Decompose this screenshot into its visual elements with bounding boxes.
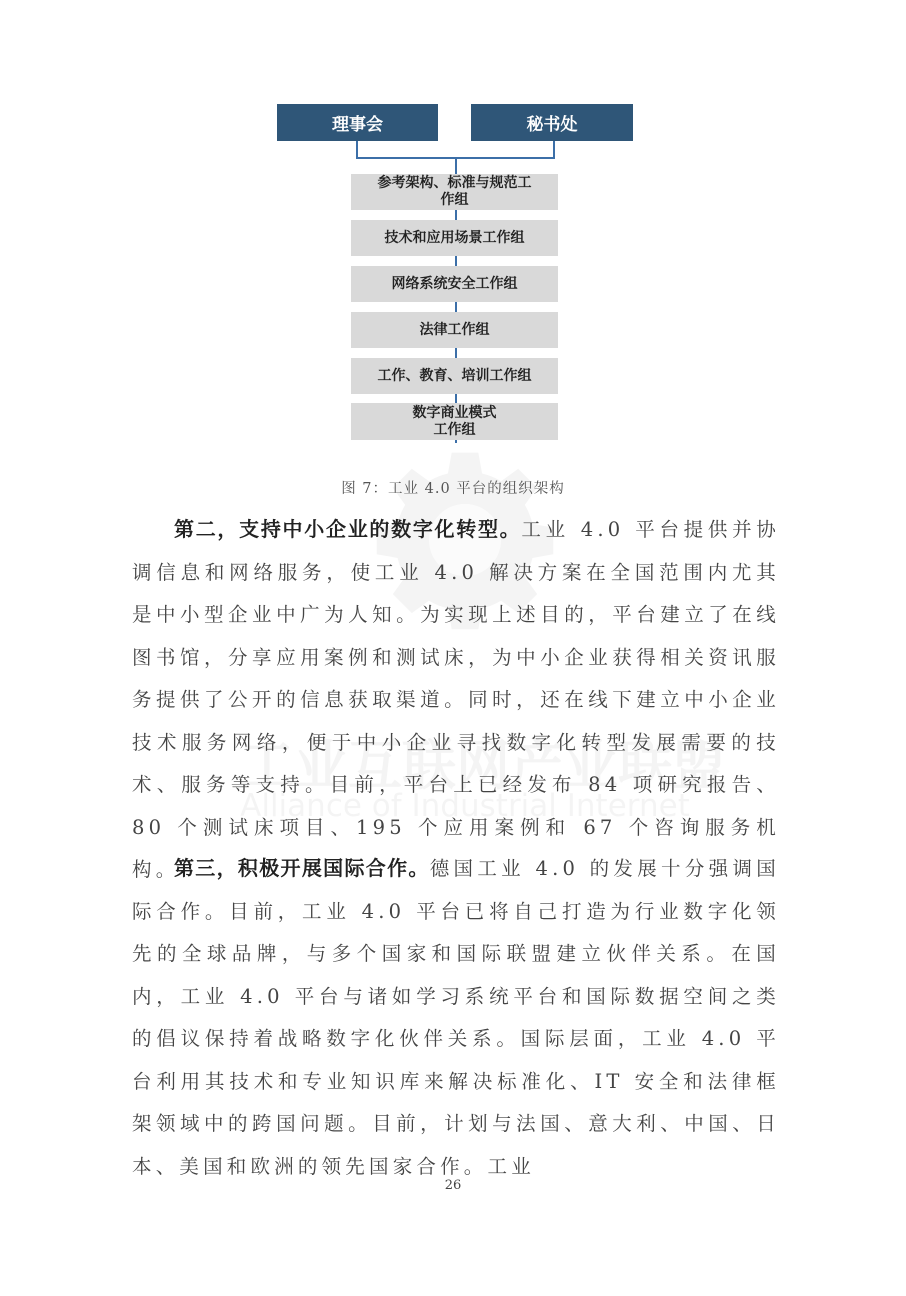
working-group-box: 工作、教育、培训工作组 [351, 358, 558, 394]
working-group-label: 参考架构、标准与规范工 [378, 175, 532, 192]
working-group-box: 数字商业模式 工作组 [351, 403, 558, 440]
working-group-box: 法律工作组 [351, 312, 558, 348]
working-group-label: 法律工作组 [420, 322, 490, 339]
council-box: 理事会 [277, 104, 438, 141]
working-group-box: 技术和应用场景工作组 [351, 220, 558, 256]
paragraph-text: 工业 4.0 平台提供并协调信息和网络服务，使工业 4.0 解决方案在全国范围内… [132, 518, 780, 881]
working-group-label: 数字商业模式 [413, 405, 497, 422]
working-group-label: 作组 [378, 192, 532, 209]
paragraph-text: 德国工业 4.0 的发展十分强调国际合作。目前，工业 4.0 平台已将自己打造为… [132, 857, 780, 1178]
secretariat-box: 秘书处 [471, 104, 633, 141]
working-group-label: 工作、教育、培训工作组 [378, 368, 532, 385]
page-number: 26 [0, 1178, 906, 1193]
paragraph-sme-digital-transformation: 第二，支持中小企业的数字化转型。工业 4.0 平台提供并协调信息和网络服务，使工… [132, 508, 780, 892]
working-group-box: 网络系统安全工作组 [351, 266, 558, 302]
working-group-label: 工作组 [413, 422, 497, 439]
figure-caption: 图 7：工业 4.0 平台的组织架构 [0, 477, 906, 498]
working-group-label: 技术和应用场景工作组 [385, 230, 525, 247]
org-chart-figure: 理事会 秘书处 参考架构、标准与规范工 作组 技术和应用场景工作组 网络系统安全… [0, 0, 906, 460]
paragraph-lead: 第二，支持中小企业的数字化转型。 [174, 517, 521, 541]
working-group-label: 网络系统安全工作组 [392, 276, 518, 293]
paragraph-lead: 第三，积极开展国际合作。 [174, 856, 430, 880]
working-group-box: 参考架构、标准与规范工 作组 [351, 174, 558, 210]
paragraph-international-cooperation: 第三，积极开展国际合作。德国工业 4.0 的发展十分强调国际合作。目前，工业 4… [132, 847, 780, 1188]
